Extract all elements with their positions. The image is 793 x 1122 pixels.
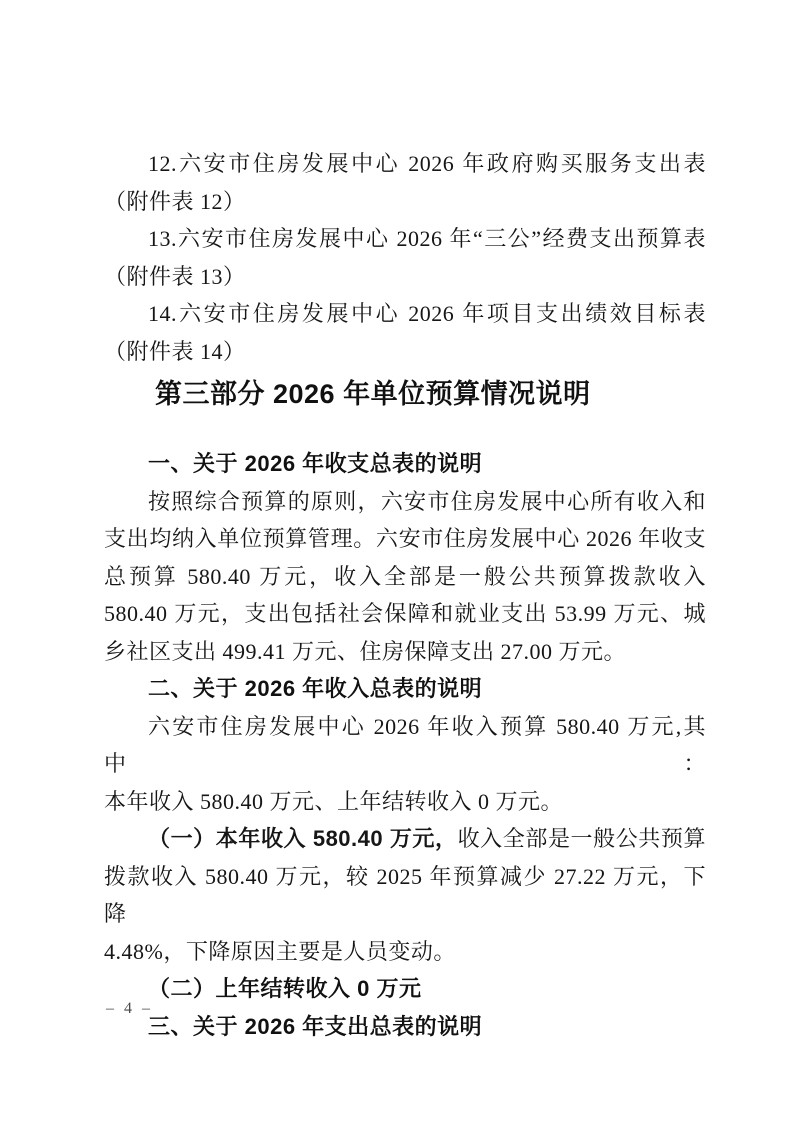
page-number: – 4 –	[106, 1000, 153, 1018]
subsection1-line: 拨款收入 580.40 万元，较 2025 年预算减少 27.22 万元，下降	[104, 858, 706, 933]
attachment-line-13-title: 13.六安市住房发展中心 2026 年“三公”经费支出预算表	[104, 220, 706, 258]
subsection1-rest: 收入全部是一般公共预算	[458, 826, 706, 851]
subsection1-line: （一）本年收入 580.40 万元，收入全部是一般公共预算	[104, 820, 706, 858]
subsection1-line: 4.48%，下降原因主要是人员变动。	[104, 933, 706, 971]
attachment-line-12-title: 12.六安市住房发展中心 2026 年政府购买服务支出表	[104, 145, 706, 183]
attachment-line-12-ref: （附件表 12）	[104, 183, 706, 221]
document-page: 12.六安市住房发展中心 2026 年政府购买服务支出表 （附件表 12） 13…	[0, 0, 793, 1122]
part3-heading: 第三部分 2026 年单位预算情况说明	[104, 370, 706, 418]
attachment-line-14-ref: （附件表 14）	[104, 333, 706, 371]
subsection2-heading: （二）上年结转收入 0 万元	[104, 970, 706, 1008]
section1-para-line: 总预算 580.40 万元，收入全部是一般公共预算拨款收入	[104, 558, 706, 596]
section1-para-line: 按照综合预算的原则，六安市住房发展中心所有收入和	[104, 483, 706, 521]
section1-heading: 一、关于 2026 年收支总表的说明	[104, 445, 706, 483]
section2-para-line: 六安市住房发展中心 2026 年收入预算 580.40 万元,其中：	[104, 708, 706, 783]
subsection1-bold-lead: （一）本年收入 580.40 万元，	[148, 826, 458, 851]
section3-heading: 三、关于 2026 年支出总表的说明	[104, 1008, 706, 1046]
section2-para-line: 本年收入 580.40 万元、上年结转收入 0 万元。	[104, 783, 706, 821]
document-body: 12.六安市住房发展中心 2026 年政府购买服务支出表 （附件表 12） 13…	[104, 145, 706, 1045]
section1-para-line: 乡社区支出 499.41 万元、住房保障支出 27.00 万元。	[104, 633, 706, 671]
attachment-line-14-title: 14.六安市住房发展中心 2026 年项目支出绩效目标表	[104, 295, 706, 333]
section1-para-line: 支出均纳入单位预算管理。六安市住房发展中心 2026 年收支	[104, 520, 706, 558]
section2-heading: 二、关于 2026 年收入总表的说明	[104, 670, 706, 708]
section1-para-line: 580.40 万元，支出包括社会保障和就业支出 53.99 万元、城	[104, 595, 706, 633]
attachment-line-13-ref: （附件表 13）	[104, 258, 706, 296]
